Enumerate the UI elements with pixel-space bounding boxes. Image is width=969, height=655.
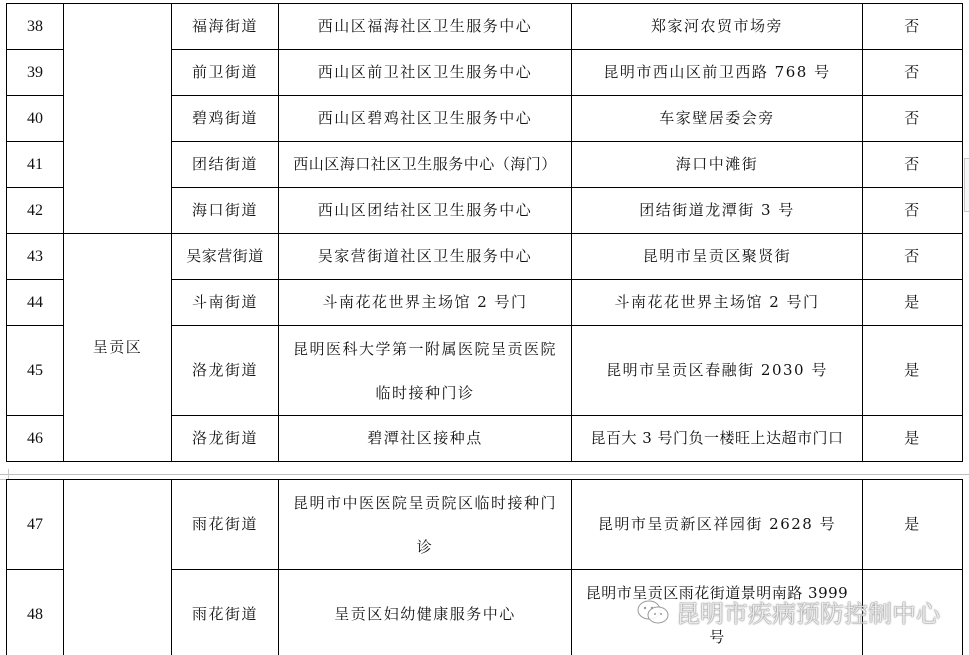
site-cell: 昆明市中医医院呈贡院区临时接种门 诊	[279, 480, 572, 570]
flag-cell: 否	[863, 4, 963, 50]
district-cell	[64, 4, 172, 234]
street-cell: 团结街道	[172, 142, 279, 188]
row-number: 41	[7, 142, 64, 188]
address-cell: 昆明市呈贡新区祥园街 2628 号	[572, 480, 863, 570]
district-cell	[64, 480, 172, 655]
address-line-2: 号	[576, 615, 858, 655]
site-cell: 西山区福海社区卫生服务中心	[279, 4, 572, 50]
district-cell: 呈贡区	[64, 234, 172, 462]
site-line-1: 昆明医科大学第一附属医院呈贡医院	[283, 327, 567, 371]
site-line-2: 诊	[283, 525, 567, 569]
site-cell: 呈贡区妇幼健康服务中心	[279, 570, 572, 655]
side-scroll-marker	[964, 158, 969, 212]
address-cell: 昆明市呈贡区雨花街道景明南路 3999 号	[572, 570, 863, 655]
flag-cell: 是	[863, 326, 963, 416]
address-cell: 车家壁居委会旁	[572, 96, 863, 142]
street-cell: 洛龙街道	[172, 326, 279, 416]
site-cell: 昆明医科大学第一附属医院呈贡医院 临时接种门诊	[279, 326, 572, 416]
vaccination-sites-table: 38 福海街道 西山区福海社区卫生服务中心 郑家河农贸市场旁 否 39 前卫街道…	[6, 3, 963, 462]
flag-cell: 是	[863, 480, 963, 570]
page-break-line	[0, 474, 969, 475]
address-cell: 斗南花花世界主场馆 2 号门	[572, 280, 863, 326]
address-cell: 团结街道龙潭街 3 号	[572, 188, 863, 234]
vaccination-sites-table-continued: 47 雨花街道 昆明市中医医院呈贡院区临时接种门 诊 昆明市呈贡新区祥园街 26…	[6, 479, 963, 655]
row-number: 40	[7, 96, 64, 142]
flag-cell: 否	[863, 234, 963, 280]
street-cell: 雨花街道	[172, 570, 279, 655]
street-cell: 吴家营街道	[172, 234, 279, 280]
site-line-2: 临时接种门诊	[283, 371, 567, 415]
row-number: 48	[7, 570, 64, 655]
flag-cell: 否	[863, 50, 963, 96]
row-number: 38	[7, 4, 64, 50]
street-cell: 碧鸡街道	[172, 96, 279, 142]
street-cell: 雨花街道	[172, 480, 279, 570]
row-number: 46	[7, 416, 64, 462]
table-row: 38 福海街道 西山区福海社区卫生服务中心 郑家河农贸市场旁 否	[7, 4, 963, 50]
site-cell: 斗南花花世界主场馆 2 号门	[279, 280, 572, 326]
site-line-1: 昆明市中医医院呈贡院区临时接种门	[283, 481, 567, 525]
flag-cell	[863, 570, 963, 655]
site-cell: 碧潭社区接种点	[279, 416, 572, 462]
address-cell: 昆百大 3 号门负一楼旺上达超市门口	[572, 416, 863, 462]
site-cell: 西山区团结社区卫生服务中心	[279, 188, 572, 234]
address-cell: 昆明市呈贡区聚贤街	[572, 234, 863, 280]
row-number: 43	[7, 234, 64, 280]
site-cell: 西山区前卫社区卫生服务中心	[279, 50, 572, 96]
site-cell: 吴家营街道社区卫生服务中心	[279, 234, 572, 280]
site-cell: 西山区海口社区卫生服务中心（海门）	[279, 142, 572, 188]
street-cell: 洛龙街道	[172, 416, 279, 462]
street-cell: 海口街道	[172, 188, 279, 234]
table-row: 43 呈贡区 吴家营街道 吴家营街道社区卫生服务中心 昆明市呈贡区聚贤街 否	[7, 234, 963, 280]
row-number: 44	[7, 280, 64, 326]
row-number: 45	[7, 326, 64, 416]
flag-cell: 否	[863, 96, 963, 142]
table-row: 47 雨花街道 昆明市中医医院呈贡院区临时接种门 诊 昆明市呈贡新区祥园街 26…	[7, 480, 963, 570]
street-cell: 斗南街道	[172, 280, 279, 326]
site-cell: 西山区碧鸡社区卫生服务中心	[279, 96, 572, 142]
flag-cell: 是	[863, 280, 963, 326]
flag-cell: 否	[863, 188, 963, 234]
flag-cell: 是	[863, 416, 963, 462]
address-line-1: 昆明市呈贡区雨花街道景明南路 3999	[576, 571, 858, 615]
address-cell: 昆明市呈贡区春融街 2030 号	[572, 326, 863, 416]
street-cell: 福海街道	[172, 4, 279, 50]
row-number: 39	[7, 50, 64, 96]
address-cell: 郑家河农贸市场旁	[572, 4, 863, 50]
row-number: 47	[7, 480, 64, 570]
row-number: 42	[7, 188, 64, 234]
address-cell: 昆明市西山区前卫西路 768 号	[572, 50, 863, 96]
street-cell: 前卫街道	[172, 50, 279, 96]
address-cell: 海口中滩街	[572, 142, 863, 188]
flag-cell: 否	[863, 142, 963, 188]
